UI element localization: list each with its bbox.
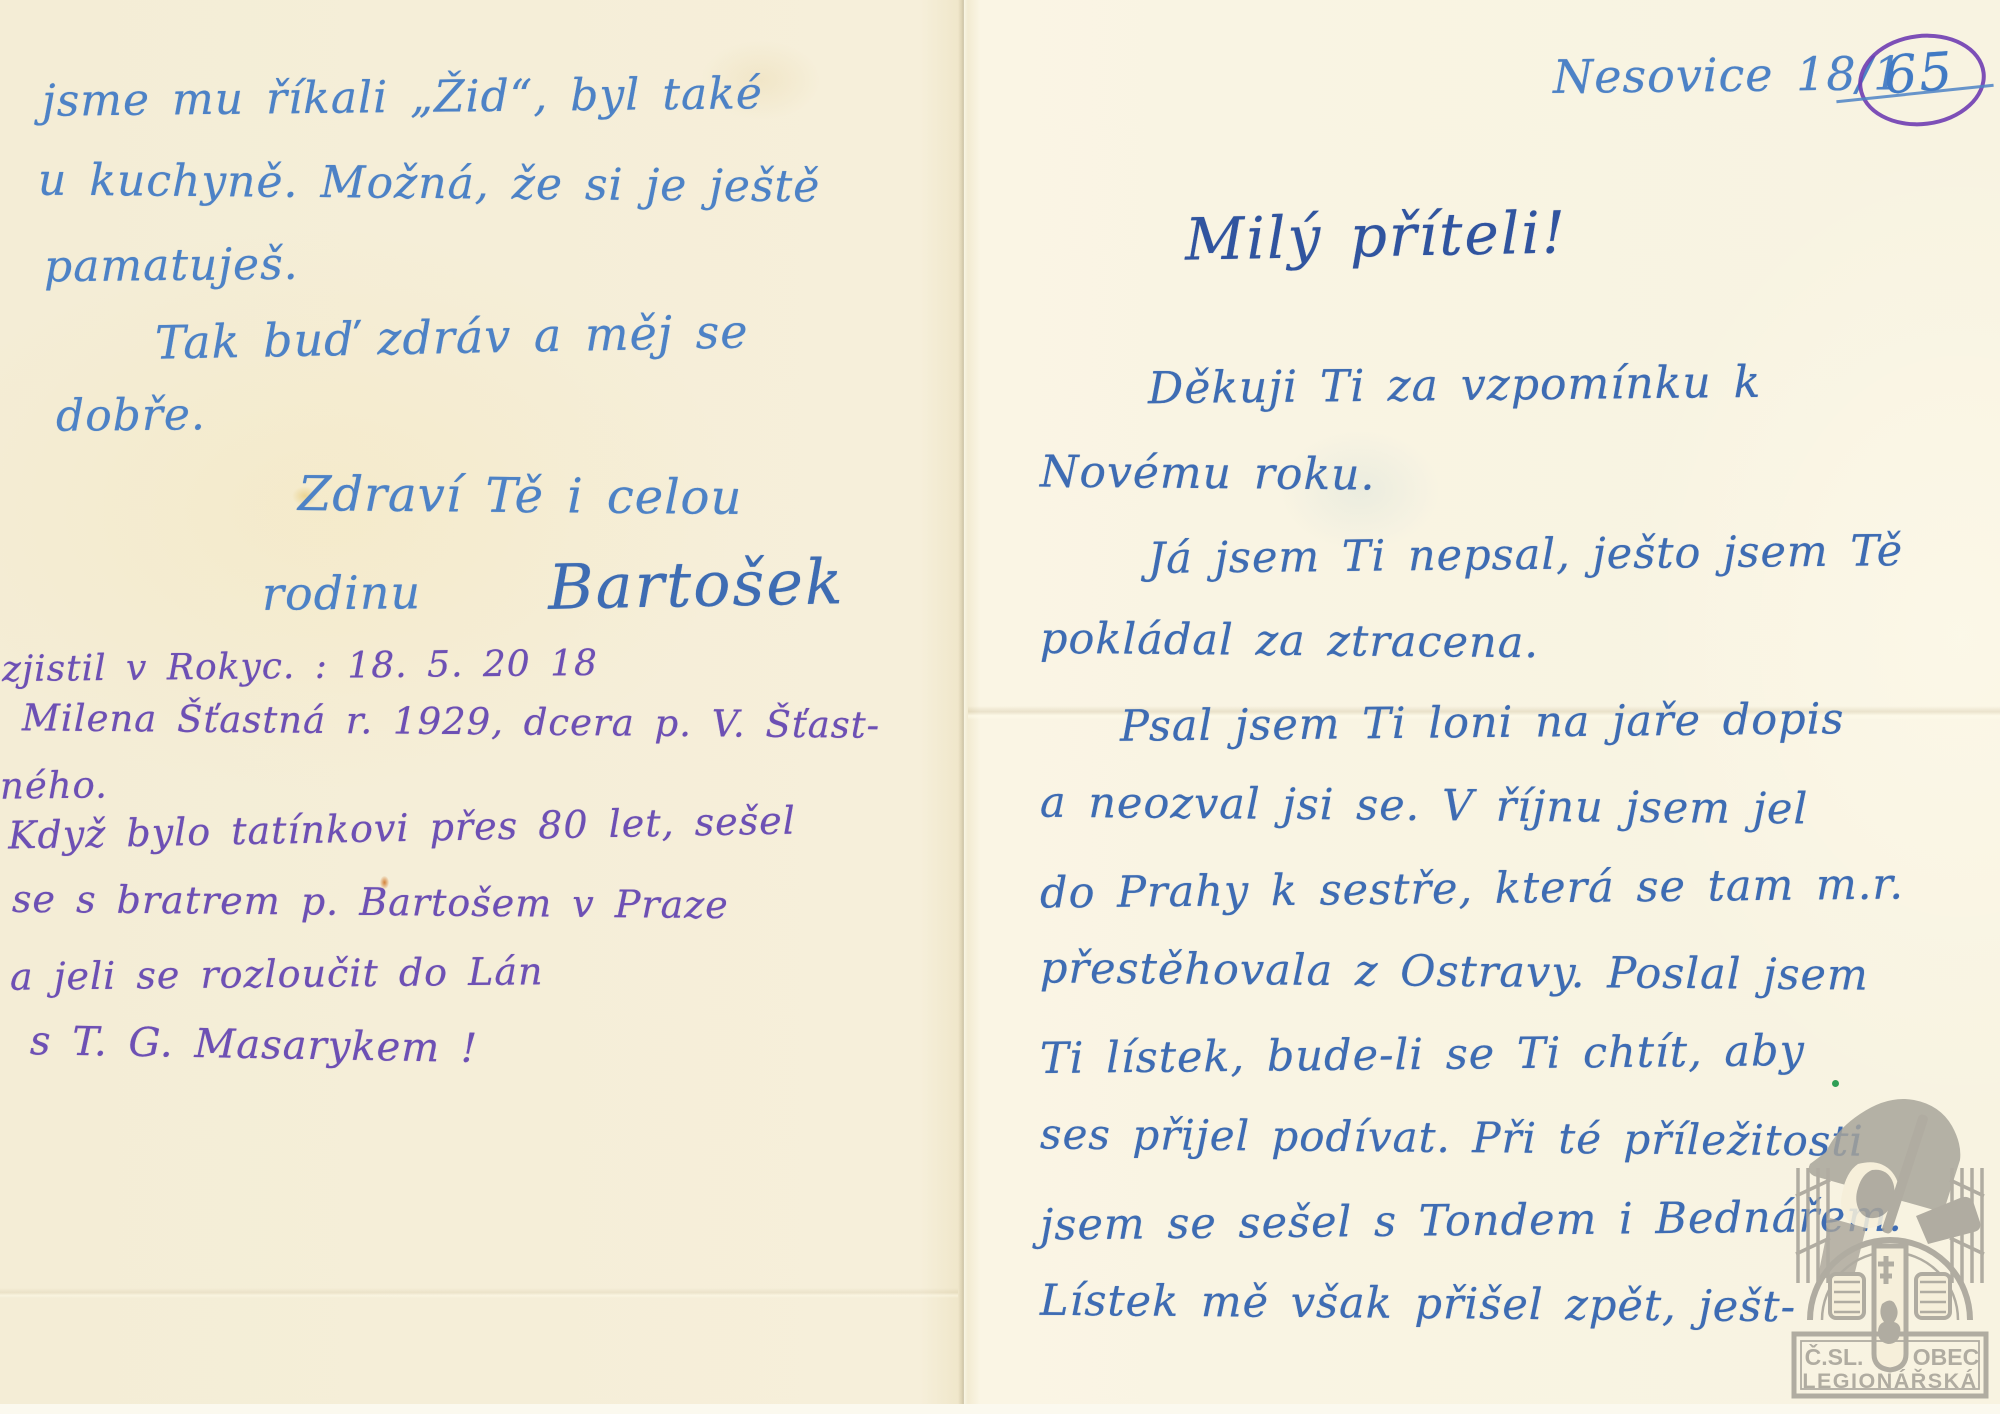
vertical-fold-line — [958, 0, 968, 1414]
letter-line: přestěhovala z Ostravy. Poslal jsem — [1040, 943, 1869, 1000]
dateline: Nesovice 18/1 — [1553, 46, 1904, 104]
letter-line: jsem se sešel s Tondem i Bednářem. — [1040, 1191, 1903, 1250]
letter-line: Já jsem Ti nepsal, ješto jsem Tě — [1148, 526, 1904, 584]
annotation-line: zjistil v Rokyc. : 18. 5. 20 18 — [2, 643, 598, 690]
archive-number: 65 — [1882, 42, 1956, 107]
letter-line: Děkuji Ti za vzpomínku k — [1148, 357, 1762, 414]
letter-line: Psal jsem Ti loni na jaře dopis — [1120, 694, 1845, 752]
letter-line: u kuchyně. Možná, že si je ještě — [38, 155, 821, 213]
letter-line: Tak buď zdráv a měj se — [155, 304, 749, 369]
letter-line: pokládal za ztracena. — [1040, 614, 1539, 668]
annotation-line: Když bylo tatínkovi přes 80 let, sešel — [8, 798, 797, 857]
letter-line: Lístek mě však přišel zpět, ješt- — [1040, 1276, 1797, 1333]
scan-edge — [0, 1404, 2000, 1414]
closing-line: Zdraví Tě i celou — [298, 466, 743, 526]
annotation-line: a jeli se rozloučit do Lán — [10, 949, 544, 999]
annotation-line: ného. — [0, 763, 108, 807]
letter-line: a neozval jsi se. V říjnu jsem jel — [1040, 778, 1809, 835]
letter-line: dobře. — [56, 389, 206, 442]
watermark-text-obec: OBEC — [1913, 1344, 1979, 1370]
horizontal-crease-left-page — [0, 1288, 958, 1298]
letter-line: pamatuješ. — [44, 239, 299, 293]
salutation: Milý příteli! — [1184, 198, 1567, 273]
letter-line: jsme mu říkali „Žid“, byl také — [42, 68, 763, 127]
letter-line: ses přijel podívat. Při té příležitosti — [1040, 1109, 1864, 1165]
letter-line: Novému roku. — [1040, 447, 1376, 501]
annotation-line: se s bratrem p. Bartošem v Praze — [12, 877, 729, 927]
signature: Bartošek — [547, 545, 845, 624]
legionnaire-emblem-watermark: Č.SL. OBEC LEGIONÁŘSKÁ — [1788, 1068, 1992, 1406]
letter-line: do Prahy k sestře, která se tam m.r. — [1040, 859, 1904, 918]
letter-scan: jsme mu říkali „Žid“, byl také u kuchyně… — [0, 0, 2000, 1414]
closing-line: rodinu — [262, 565, 422, 621]
watermark-text-csl: Č.SL. — [1805, 1343, 1864, 1370]
watermark-text-legionarska: LEGIONÁŘSKÁ — [1802, 1368, 1977, 1393]
annotation-line: s T. G. Masarykem ! — [30, 1018, 479, 1072]
letter-line: Ti lístek, bude-li se Ti chtít, aby — [1040, 1026, 1805, 1084]
annotation-line: Milena Šťastná r. 1929, dcera p. V. Šťas… — [22, 696, 880, 746]
